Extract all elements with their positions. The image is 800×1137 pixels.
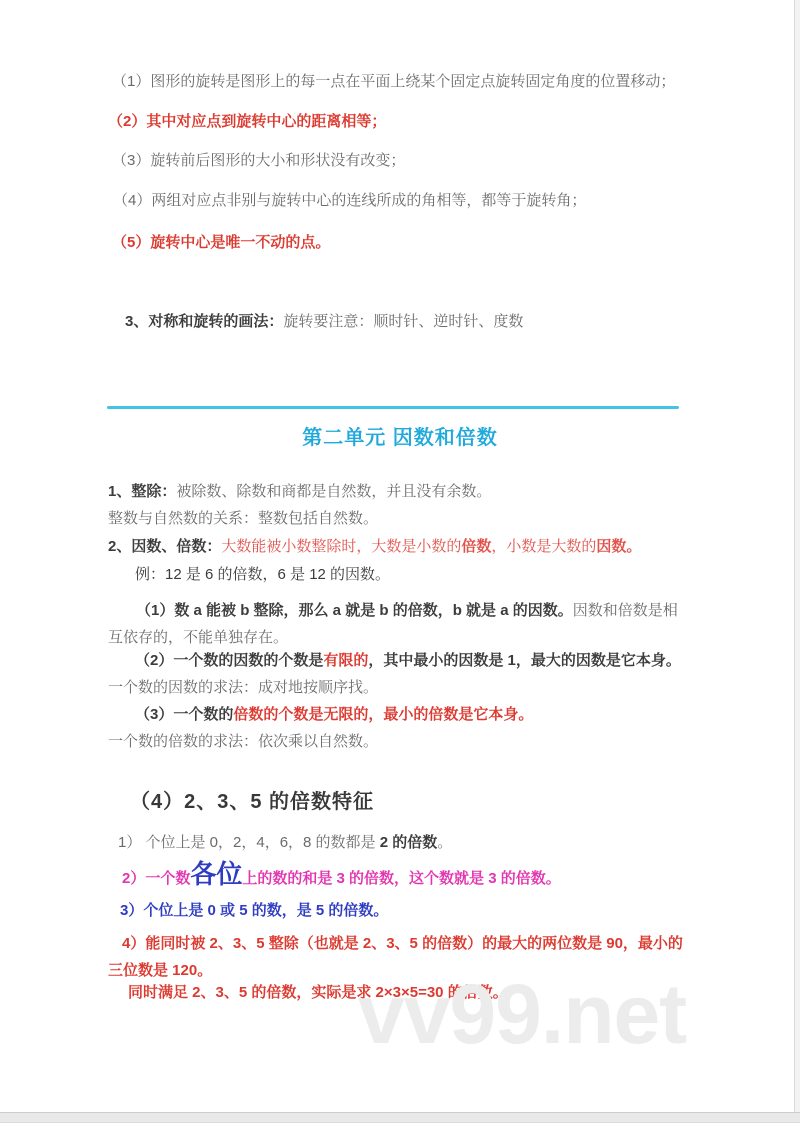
yinshu-red-1: 大数能被小数整除时，大数是小数的 [221,538,461,555]
drawing-method-note: 旋转要注意：顺时针、逆时针、度数 [283,313,523,330]
feature-item-2-post: 上的数的和是 3 的倍数，这个数就是 3 的倍数。 [242,870,560,887]
paragraph-1: （1）数 a 能被 b 整除，那么 a 就是 b 的倍数，b 就是 a 的因数。… [108,597,685,651]
zhengchu-label: 1、整除： [108,483,176,500]
rotation-note-3: （3）旋转前后图形的大小和形状没有改变； [112,151,405,171]
yinshu-bold-1: 倍数 [461,538,491,555]
feature-item-2-highlight: 各位 [190,859,242,889]
feature-item-1-post: 。 [437,834,452,851]
paragraph-2-bold-1: （2）一个数的因数的个数是 [135,652,323,669]
feature-item-1-bold: 2 的倍数 [380,834,438,851]
drawing-method-line: 3、对称和旋转的画法：旋转要注意：顺时针、逆时针、度数 [125,312,523,332]
feature-item-2-pre: 2）一个数 [122,870,190,887]
document-page: （1）图形的旋转是图形上的每一点在平面上绕某个固定点旋转固定角度的位置移动； （… [0,0,800,1137]
section-divider [107,406,679,409]
rotation-note-2: （2）其中对应点到旋转中心的距离相等； [108,112,386,132]
drawing-method-label: 3、对称和旋转的画法： [125,313,283,330]
paragraph-3-bold: （3）一个数的 [135,706,233,723]
page-right-edge [794,0,800,1112]
feature-item-1-pre: 1） 个位上是 0，2，4，6，8 的数都是 [118,834,380,851]
zhengchu-text: 被除数、除数和商都是自然数，并且没有余数。 [176,483,491,500]
zhengchu-line: 1、整除：被除数、除数和商都是自然数，并且没有余数。 [108,482,491,502]
feature-item-3: 3）个位上是 0 或 5 的数，是 5 的倍数。 [120,901,388,921]
paragraph-2-red: 有限的 [323,652,368,669]
paragraph-2: （2）一个数的因数的个数是有限的，其中最小的因数是 1，最大的因数是它本身。 [135,651,681,671]
unit2-title: 第二单元 因数和倍数 [0,421,800,450]
watermark: vv99.net [358,972,686,1056]
features-heading: （4）2、3、5 的倍数特征 [130,789,374,815]
yinshu-red-3: 。 [626,538,641,555]
paragraph-3: （3）一个数的倍数的个数是无限的，最小的倍数是它本身。 [135,705,533,725]
page-gap-strip [0,1112,800,1123]
rotation-note-1: （1）图形的旋转是图形上的每一点在平面上绕某个固定点旋转固定角度的位置移动； [112,72,675,92]
rotation-note-5: （5）旋转中心是唯一不动的点。 [112,233,330,253]
yinshu-bold-2: 因数 [596,538,626,555]
rotation-note-4: （4）两组对应点非别与旋转中心的连线所成的角相等，都等于旋转角； [113,191,586,211]
yinshu-label: 2、因数、倍数： [108,538,221,555]
yinshu-beishu-line: 2、因数、倍数：大数能被小数整除时，大数是小数的倍数，小数是大数的因数。 [108,537,641,557]
factor-method-line: 一个数的因数的求法：成对地按顺序找。 [108,678,378,698]
yinshu-red-2: ，小数是大数的 [491,538,596,555]
paragraph-1-bold: （1）数 a 能被 b 整除，那么 a 就是 b 的倍数，b 就是 a 的因数。 [136,602,573,619]
paragraph-2-bold-2: ，其中最小的因数是 1，最大的因数是它本身。 [368,652,681,669]
feature-item-1: 1） 个位上是 0，2，4，6，8 的数都是 2 的倍数。 [118,833,452,853]
example-line: 例：12 是 6 的倍数，6 是 12 的因数。 [135,565,390,585]
paragraph-3-red: 倍数的个数是无限的，最小的倍数是它本身。 [233,706,533,723]
feature-item-2: 2）一个数各位上的数的和是 3 的倍数，这个数就是 3 的倍数。 [122,861,561,889]
integer-relation-line: 整数与自然数的关系：整数包括自然数。 [108,509,378,529]
multiple-method-line: 一个数的倍数的求法：依次乘以自然数。 [108,732,378,752]
